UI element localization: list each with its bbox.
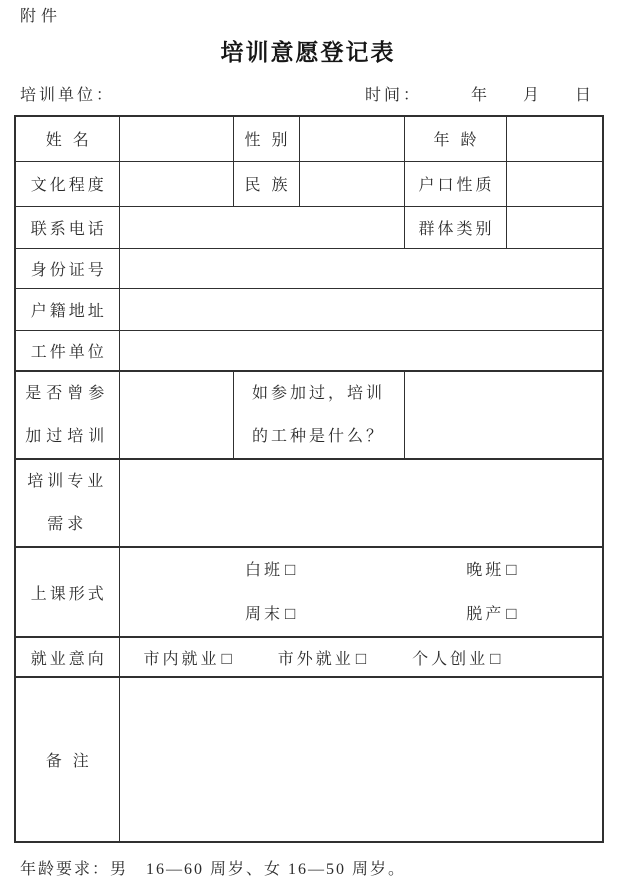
form-title: 培训意愿登记表: [14, 37, 602, 67]
checkbox-icon[interactable]: □: [506, 604, 516, 623]
field-value-remarks[interactable]: [119, 677, 603, 842]
option-day-class-label: 白班: [245, 562, 283, 579]
field-value-work-unit[interactable]: [119, 330, 603, 371]
field-label-hukou-type: 户口性质: [404, 161, 506, 206]
checkbox-icon[interactable]: □: [285, 604, 295, 623]
field-value-id-number[interactable]: [119, 248, 603, 288]
month-label: 月: [523, 87, 542, 104]
field-label-prior-training: 是否曾参加过培训: [15, 371, 119, 459]
day-label: 日: [575, 87, 594, 104]
option-day-class: 白班□: [245, 548, 295, 592]
field-label-group-category: 群体类别: [404, 206, 506, 248]
option-weekend-class: 周末□: [245, 592, 295, 636]
field-value-ethnicity[interactable]: [299, 161, 404, 206]
field-value-hukou-address[interactable]: [119, 288, 603, 330]
field-value-training-need[interactable]: [119, 459, 603, 547]
field-label-ethnicity: 民族: [233, 161, 299, 206]
field-label-gender: 性别: [233, 116, 299, 161]
checkbox-icon[interactable]: □: [285, 560, 295, 579]
employment-options: 市内就业□ 市外就业□ 个人创业□: [119, 637, 603, 677]
option-evening-class: 晚班□: [466, 548, 516, 592]
class-form-options: 白班□ 晚班□ 周末□ 脱产□: [119, 547, 603, 637]
field-label-employment-intention: 就业意向: [15, 637, 119, 677]
time-group: 时间： 年 月 日: [365, 82, 602, 105]
field-value-phone[interactable]: [119, 206, 404, 248]
employment-options-row: 市内就业□ 市外就业□ 个人创业□: [144, 646, 603, 669]
option-local-employment: 市内就业□: [144, 646, 232, 669]
field-label-training-need: 培训专业需求: [15, 459, 119, 547]
training-unit-label: 培训单位：: [20, 82, 115, 105]
field-label-phone: 联系电话: [15, 206, 119, 248]
field-label-class-form: 上课形式: [15, 547, 119, 637]
option-outside-employment: 市外就业□: [278, 646, 366, 669]
field-label-age: 年龄: [404, 116, 506, 161]
option-fulltime-class: 脱产□: [466, 592, 516, 636]
option-weekend-class-label: 周末: [245, 606, 283, 623]
option-local-employment-label: 市内就业: [144, 651, 220, 668]
option-outside-employment-label: 市外就业: [278, 651, 354, 668]
field-value-age[interactable]: [506, 116, 603, 161]
class-form-options-grid: 白班□ 晚班□ 周末□ 脱产□: [160, 548, 603, 636]
field-value-name[interactable]: [119, 116, 233, 161]
checkbox-icon[interactable]: □: [222, 649, 232, 668]
field-value-gender[interactable]: [299, 116, 404, 161]
attachment-label: 附件: [20, 6, 602, 28]
document-page: 附件 培训意愿登记表 培训单位： 时间： 年 月 日 姓名 性别 年龄 文化程: [0, 0, 619, 880]
checkbox-icon[interactable]: □: [490, 649, 500, 668]
prior-training-question: 如参加过，培训的工种是什么？: [233, 371, 404, 459]
field-label-education: 文化程度: [15, 161, 119, 206]
field-label-work-unit: 工件单位: [15, 330, 119, 371]
checkbox-icon[interactable]: □: [506, 560, 516, 579]
field-label-id-number: 身份证号: [15, 248, 119, 288]
field-value-education[interactable]: [119, 161, 233, 206]
option-fulltime-class-label: 脱产: [466, 606, 504, 623]
header-meta: 培训单位： 时间： 年 月 日: [14, 82, 602, 104]
field-label-hukou-address: 户籍地址: [15, 288, 119, 330]
year-label: 年: [471, 87, 490, 104]
field-label-remarks: 备注: [15, 677, 119, 842]
field-value-hukou-type[interactable]: [506, 161, 603, 206]
option-self-employment-label: 个人创业: [412, 651, 488, 668]
age-requirement-note: 年龄要求：男 16—60 周岁、女 16—50 周岁。: [20, 856, 602, 879]
time-label: 时间：: [365, 87, 422, 104]
field-value-prior-training-type[interactable]: [404, 371, 603, 459]
field-value-prior-training[interactable]: [119, 371, 233, 459]
registration-table: 姓名 性别 年龄 文化程度 民族 户口性质 联系电话 群体类别: [14, 115, 604, 843]
field-label-name: 姓名: [15, 116, 119, 161]
checkbox-icon[interactable]: □: [356, 649, 366, 668]
option-self-employment: 个人创业□: [412, 646, 500, 669]
option-evening-class-label: 晚班: [466, 562, 504, 579]
field-value-group-category[interactable]: [506, 206, 603, 248]
